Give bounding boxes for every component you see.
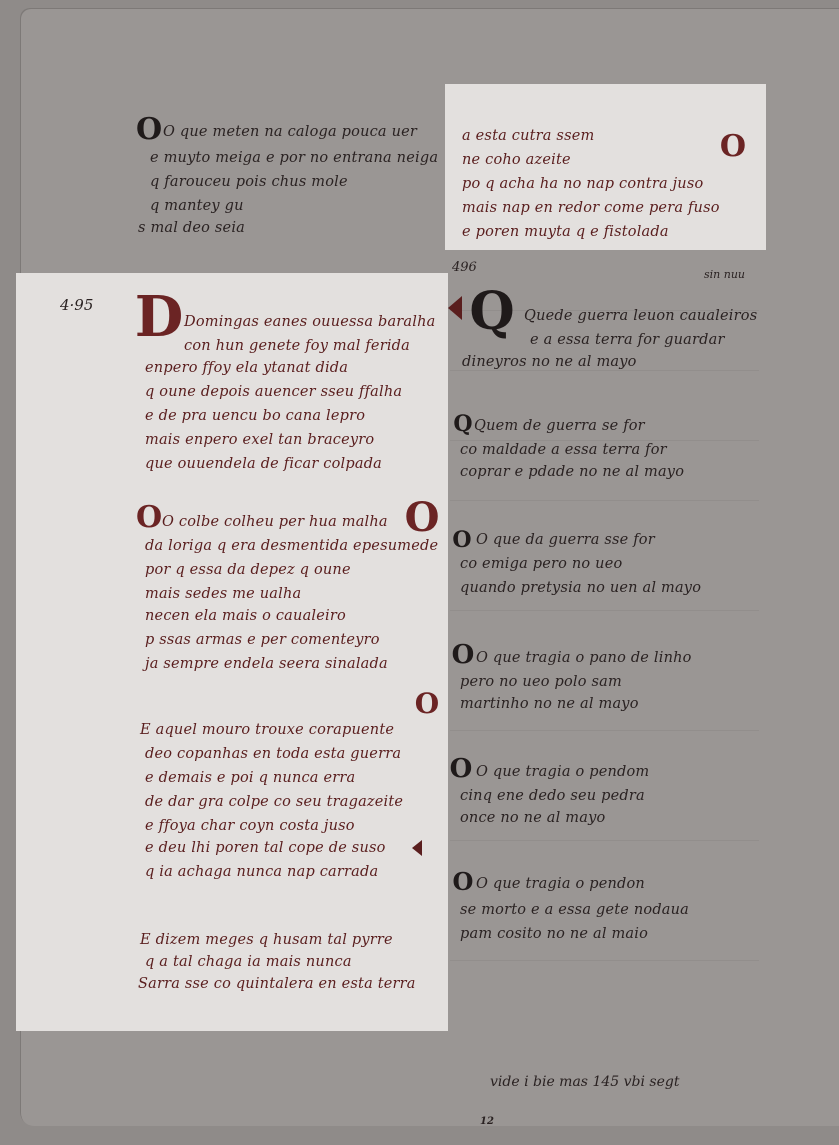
verse-line: dineyros no ne al mayo [462, 354, 637, 370]
initial-letter: O [414, 688, 440, 718]
verse-line: de dar gra colpe co seu tragazeite [145, 794, 403, 810]
verse-line: mais nap en redor come pera fuso [462, 200, 720, 216]
margin-note: sin nuu [704, 268, 745, 281]
paragraph-mark-icon [412, 840, 422, 856]
song-number: 4·95 [60, 296, 93, 314]
verse-line: Domingas eanes ouuessa baralha [184, 314, 436, 330]
verse-line: once no ne al mayo [460, 810, 605, 826]
verse-line: co maldade a essa terra for [460, 442, 667, 458]
verse-line: e muyto meiga e por no entrana neiga [150, 150, 438, 166]
verse-line: e demais e poi q nunca erra [145, 770, 355, 786]
verse-line: da loriga q era desmentida epesumede [145, 538, 438, 554]
verse-line: coprar e pdade no ne al mayo [460, 464, 684, 480]
verse-line: a esta cutra ssem [462, 128, 594, 144]
verse-line: q a tal chaga ia mais nunca [145, 954, 352, 970]
verse-line: Sarra sse co quintalera en esta terra [138, 976, 416, 992]
ruling-line [450, 610, 759, 611]
verse-line: que ouuendela de ficar colpada [145, 456, 382, 472]
paragraph-mark-icon [448, 296, 462, 320]
verse-line: ne coho azeite [462, 152, 571, 168]
initial-letter: O [136, 114, 162, 144]
verse-line: q ia achaga nunca nap carrada [145, 864, 378, 880]
verse-line: e ffoya char coyn costa juso [145, 818, 355, 834]
verse-line: necen ela mais o caualeiro [145, 608, 346, 624]
initial-letter: O [716, 130, 750, 162]
verse-line: quando pretysia no uen al mayo [460, 580, 701, 596]
initial-letter: O [400, 496, 444, 538]
ruling-line [450, 960, 759, 961]
verse-line: mais enpero exel tan braceyro [145, 432, 374, 448]
verse-line: O que tragia o pendon [476, 876, 645, 892]
verse-line: E dizem meges q husam tal pyrre [140, 932, 393, 948]
initial-letter: Q [452, 412, 474, 436]
verse-line: ja sempre endela seera sinalada [145, 656, 388, 672]
verse-line: O que tragia o pendom [476, 764, 649, 780]
song-number: 496 [452, 260, 477, 275]
ruling-line [450, 730, 759, 731]
initial-letter: O [452, 640, 474, 670]
verse-line: po q acha ha no nap contra juso [462, 176, 703, 192]
verse-line: e poren muyta q e fistolada [462, 224, 669, 240]
verse-line: e a essa terra for guardar [530, 332, 725, 348]
verse-line: martinho no ne al mayo [460, 696, 639, 712]
verse-line: por q essa da depez q oune [145, 562, 351, 578]
verse-line: con hun genete foy mal ferida [184, 338, 410, 354]
initial-letter: D [134, 290, 184, 344]
verse-line: enpero ffoy ela ytanat dida [145, 360, 348, 376]
verse-line: O colbe colheu per hua malha [162, 514, 388, 530]
verse-line: O que meten na caloga pouca uer [163, 124, 417, 140]
verse-line: q mantey gu [150, 198, 244, 214]
ruling-line [450, 840, 759, 841]
verse-line: q farouceu pois chus mole [150, 174, 348, 190]
initial-letter: O [448, 754, 474, 784]
verse-line: co emiga pero no ueo [460, 556, 622, 572]
initial-letter: Q [462, 286, 522, 336]
ruling-line [450, 500, 759, 501]
verse-line: cinq ene dedo seu pedra [460, 788, 645, 804]
verse-line: Quede guerra leuon caualeiros [524, 308, 757, 324]
verse-line: mais sedes me ualha [145, 586, 301, 602]
verse-line: e deu lhi poren tal cope de suso [145, 840, 386, 856]
verse-line: se morto e a essa gete nodaua [460, 902, 689, 918]
verse-line: O que tragia o pano de linho [476, 650, 692, 666]
footer-note: vide i bie mas 145 vbi segt [490, 1074, 679, 1090]
initial-letter: O [450, 868, 476, 894]
verse-line: q oune depois auencer sseu ffalha [145, 384, 402, 400]
ruling-line [450, 370, 759, 371]
initial-letter: O [136, 500, 162, 534]
ruling-line [450, 440, 759, 441]
folio-mark: 12 [480, 1116, 494, 1127]
verse-line: p ssas armas e per comenteyro [145, 632, 380, 648]
verse-line: pero no ueo polo sam [460, 674, 622, 690]
verse-line: E aquel mouro trouxe corapuente [140, 722, 394, 738]
verse-line: Quem de guerra se for [474, 418, 645, 434]
verse-line: deo copanhas en toda esta guerra [145, 746, 401, 762]
verse-line: s mal deo seia [138, 220, 245, 236]
verse-line: e de pra uencu bo cana lepro [145, 408, 365, 424]
verse-line: pam cosito no ne al maio [460, 926, 648, 942]
verse-line: O que da guerra sse for [476, 532, 655, 548]
initial-letter: O [450, 528, 474, 552]
